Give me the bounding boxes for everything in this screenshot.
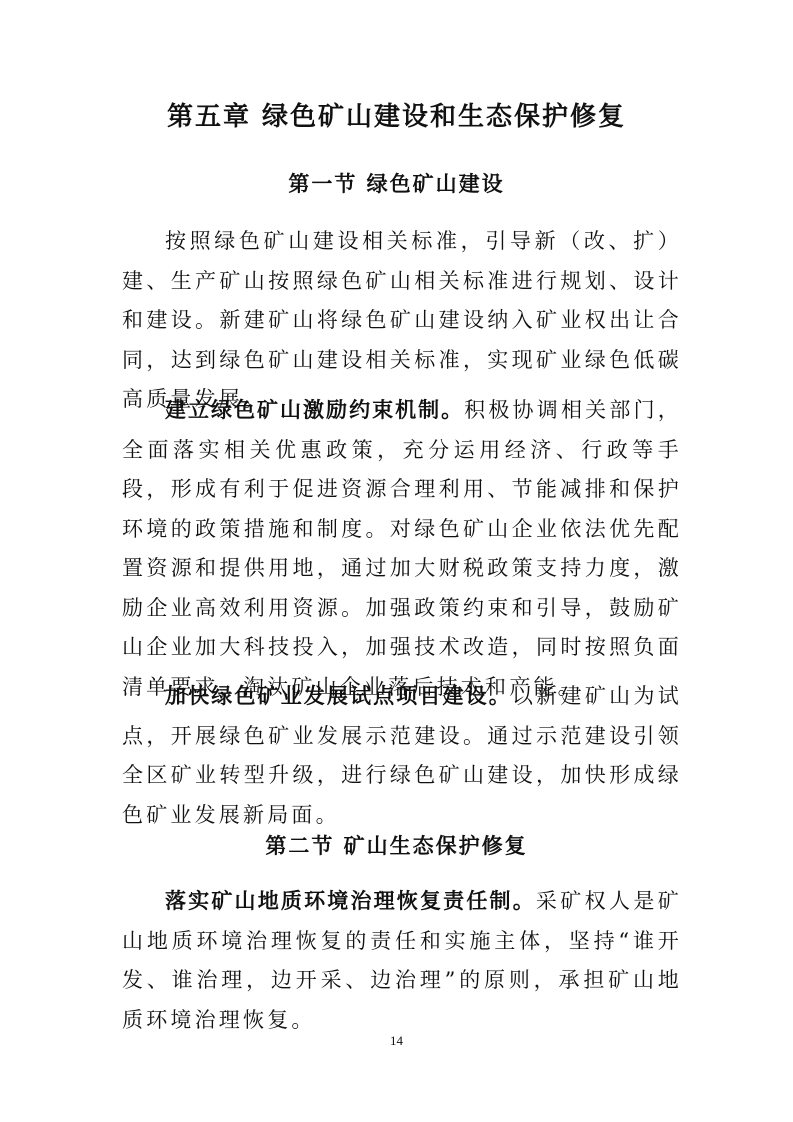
paragraph-lead: 加快绿色矿业发展试点项目建设。 [165, 684, 512, 708]
paragraph-lead: 落实矿山地质环境治理恢复责任制。 [165, 889, 536, 913]
paragraph-1: 按照绿色矿山建设相关标准，引导新（改、扩）建、生产矿山按照绿色矿山相关标准进行规… [122, 222, 682, 420]
paragraph-body: 按照绿色矿山建设相关标准，引导新（改、扩）建、生产矿山按照绿色矿山相关标准进行规… [122, 229, 682, 411]
section-title-1: 第一节 绿色矿山建设 [0, 168, 793, 198]
paragraph-2: 建立绿色矿山激励约束机制。积极协调相关部门，全面落实相关优惠政策，充分运用经济、… [122, 391, 682, 707]
chapter-title: 第五章 绿色矿山建设和生态保护修复 [0, 96, 793, 133]
page-number: 14 [0, 1033, 793, 1049]
paragraph-lead: 建立绿色矿山激励约束机制。 [165, 398, 464, 422]
document-page: 第五章 绿色矿山建设和生态保护修复 第一节 绿色矿山建设 按照绿色矿山建设相关标… [0, 0, 793, 1122]
paragraph-4: 落实矿山地质环境治理恢复责任制。采矿权人是矿山地质环境治理恢复的责任和实施主体，… [122, 882, 682, 1040]
section-title-2: 第二节 矿山生态保护修复 [0, 830, 793, 860]
paragraph-3: 加快绿色矿业发展试点项目建设。以新建矿山为试点，开展绿色矿业发展示范建设。通过示… [122, 677, 682, 835]
paragraph-body: 积极协调相关部门，全面落实相关优惠政策，充分运用经济、行政等手段，形成有利于促进… [122, 398, 682, 699]
